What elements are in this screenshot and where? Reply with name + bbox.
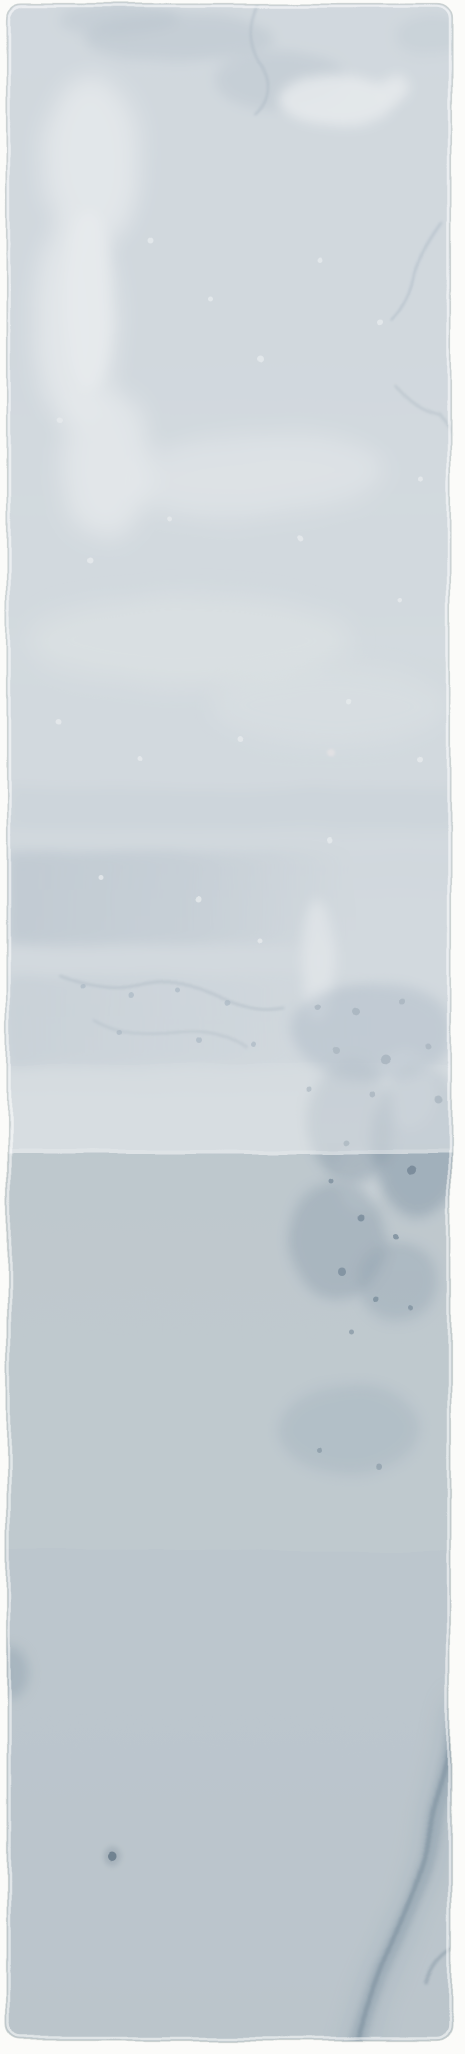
tile [0, 4, 465, 2046]
glaze-grain-light [7, 4, 451, 1154]
tile-product-photo [0, 0, 465, 2054]
glaze-grain-light-bottom [7, 1150, 451, 2040]
tile-photo-svg [0, 0, 465, 2054]
